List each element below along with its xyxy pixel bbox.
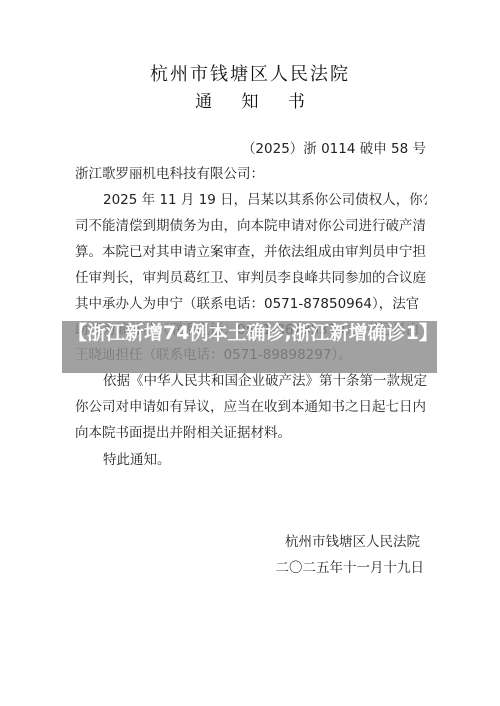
body-line: 任审判长，审判员葛红卫、审判员李良峰共同参加的合议庭， <box>75 266 427 286</box>
body-line: 其中承办人为申宁（联系电话：0571-87850964），法官 <box>75 292 427 312</box>
signature-court: 杭州市钱塘区人民法院 <box>285 530 420 550</box>
body-line: 你公司对申请如有异议，应当在收到本通知书之日起七日内 <box>75 395 427 415</box>
court-notice-document: 杭州市钱塘区人民法院 通 知 书 （2025）浙 0114 破申 58 号 浙江… <box>0 0 500 706</box>
court-title: 杭州市钱塘区人民法院 <box>0 60 500 86</box>
signature-date: 二〇二五年十一月十九日 <box>276 556 425 576</box>
document-type-title: 通 知 书 <box>0 87 500 112</box>
closing-line: 特此通知。 <box>103 448 427 468</box>
body-line: 算。本院已对其申请立案审查，并依法组成由审判员申宁担 <box>75 240 427 260</box>
headline-overlay-text: 【浙江新增74例本土确诊,浙江新增确诊1】 <box>62 321 437 346</box>
body-line: 司不能清偿到期债务为由，向本院申请对你公司进行破产清 <box>75 214 427 234</box>
addressee: 浙江歌罗丽机电科技有限公司： <box>75 162 264 182</box>
case-number: （2025）浙 0114 破申 58 号 <box>242 137 426 157</box>
body-line: 2025 年 11 月 19 日，吕某以其系你公司债权人，你公 <box>103 188 427 208</box>
body-line: 向本院书面提出并附相关证据材料。 <box>75 421 427 441</box>
